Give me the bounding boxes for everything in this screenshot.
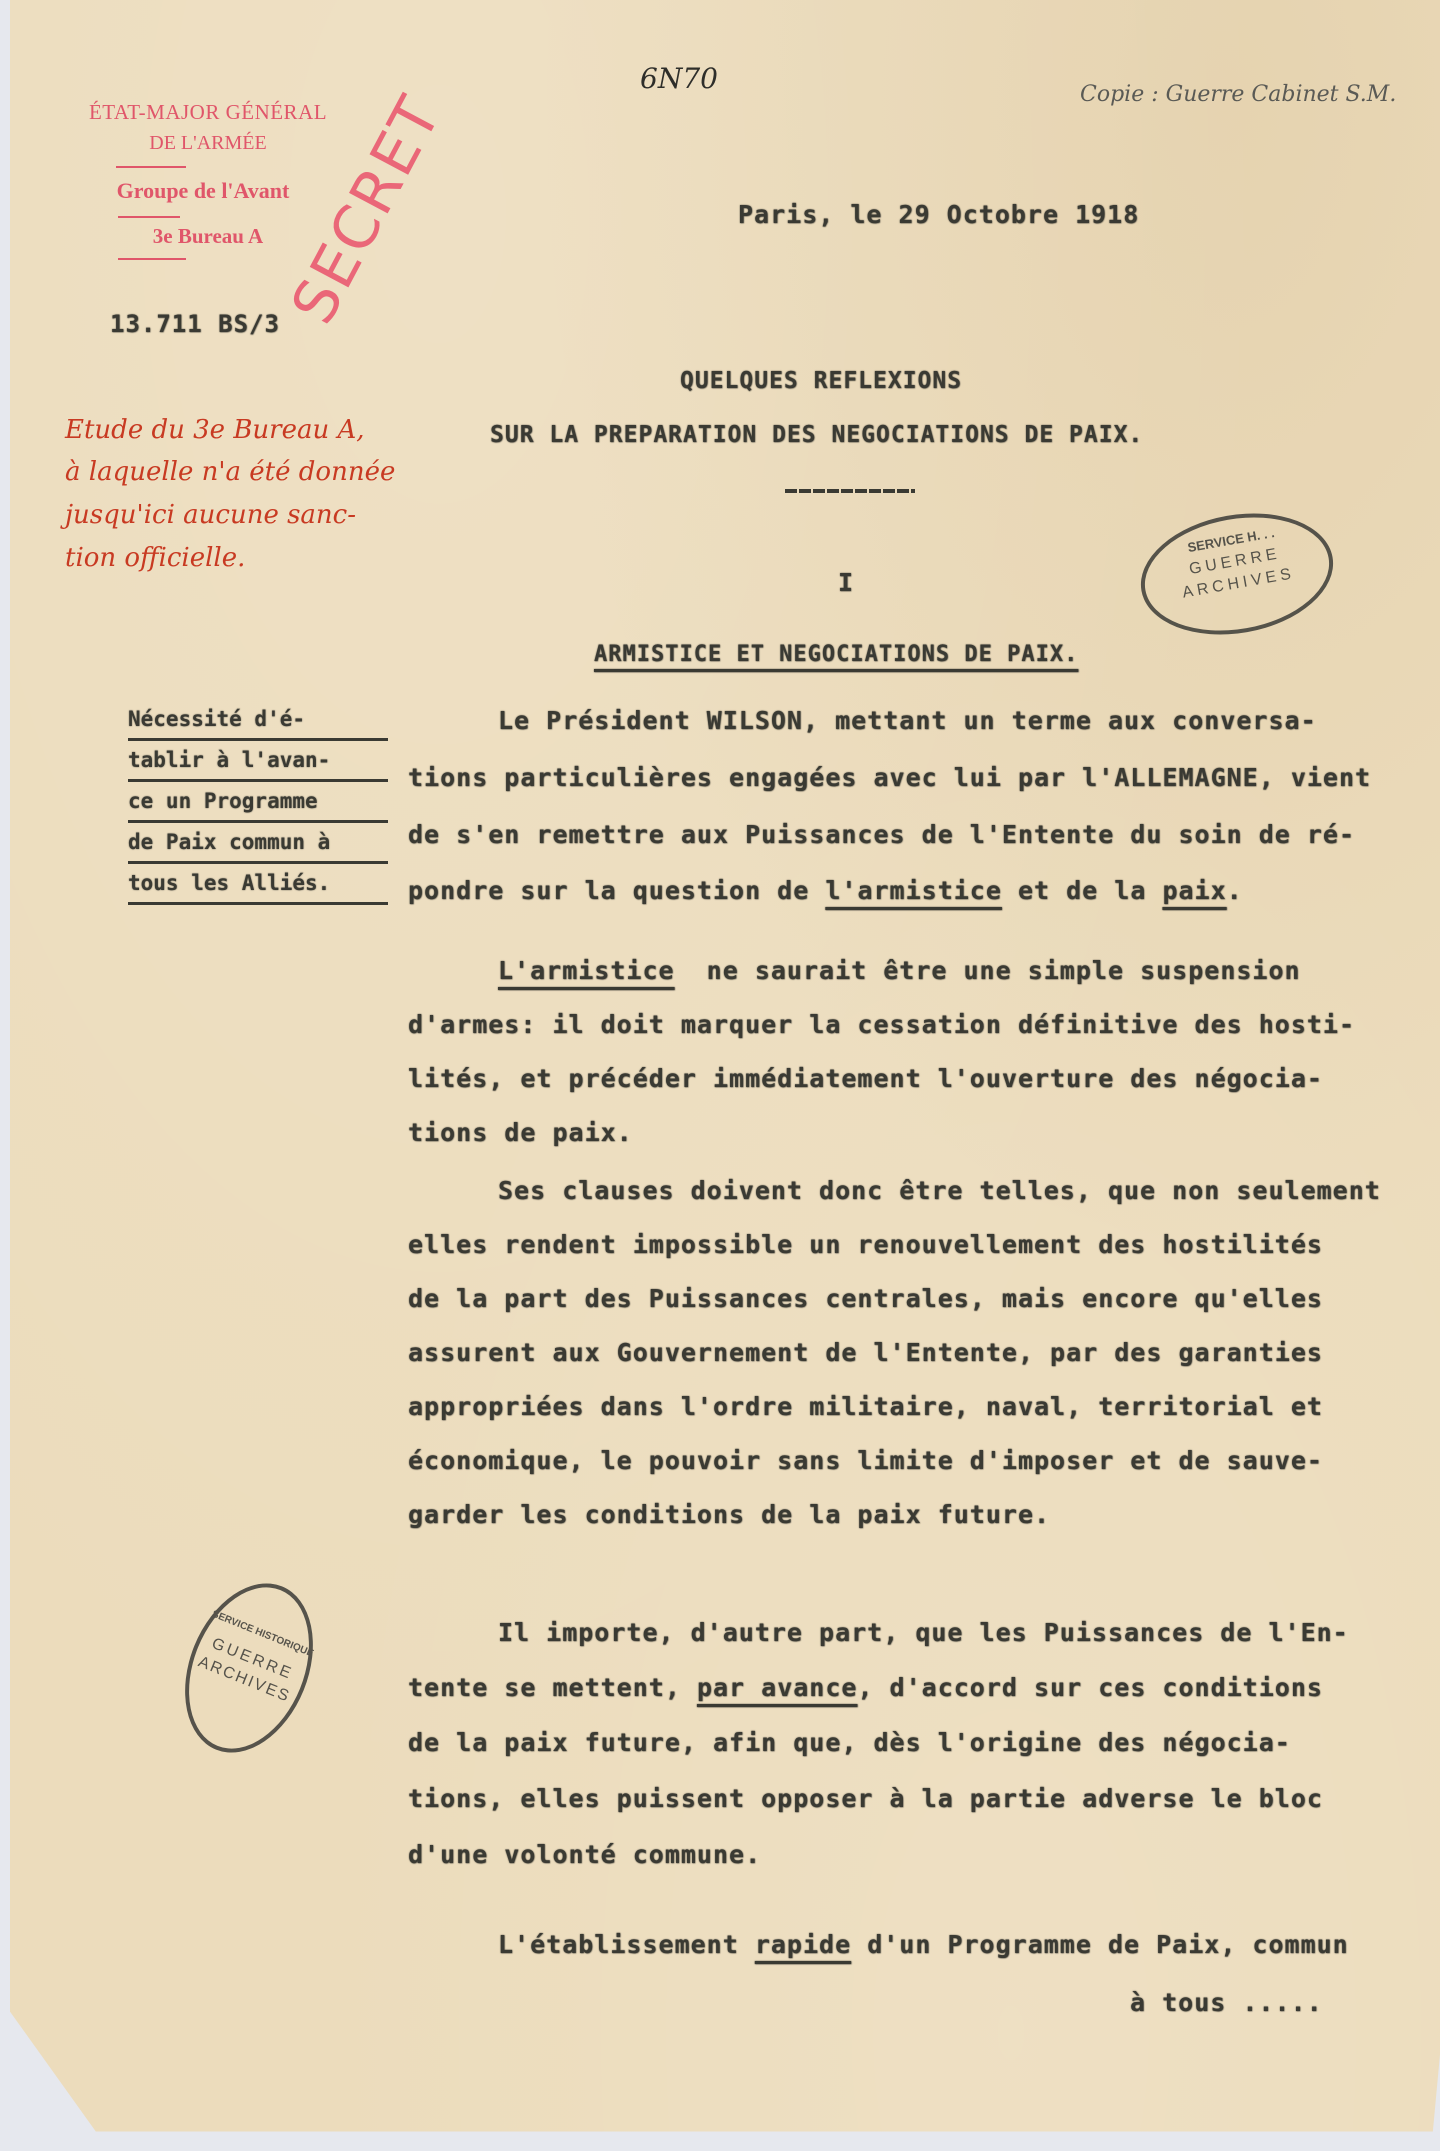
p1-line3: de s'en remettre aux Puissances de l'Ent… [408,820,1355,849]
place-date: Paris, le 29 Octobre 1918 [738,200,1139,229]
header-stamp-line3: Groupe de l'Avant [68,178,338,204]
p4-line2: tente se mettent, par avance, d'accord s… [408,1673,1323,1702]
title-line2: SUR LA PREPARATION DES NEGOCIATIONS DE P… [490,422,1143,448]
reference-number: 13.711 BS/3 [110,310,280,338]
p2-line1: L'armistice ne saurait être une simple s… [498,956,1301,985]
section-title: ARMISTICE ET NEGOCIATIONS DE PAIX. [594,642,1078,667]
document-page: ÉTAT-MAJOR GÉNÉRAL DE L'ARMÉE Groupe de … [10,0,1440,2140]
p2-line2: d'armes: il doit marquer la cessation dé… [408,1010,1355,1039]
p5-line1-text-a: L'établissement [498,1930,755,1959]
copy-annotation: Copie : Guerre Cabinet S.M. [1080,82,1396,107]
p1-line2: tions particulières engagées avec lui pa… [408,763,1371,792]
red-handwritten-note-line3: jusqu'ici aucune sanc- [65,500,356,530]
page-continuation: à tous ..... [1130,1988,1323,2017]
margin-note-line5: tous les Alliés. [128,864,388,905]
margin-note: Nécessité d'é- tablir à l'avan- ce un Pr… [128,700,388,905]
red-handwritten-note-line4: tion officielle. [65,543,245,573]
p4-line4: tions, elles puissent opposer à la parti… [408,1784,1323,1813]
p1-line4: pondre sur la question de l'armistice et… [408,876,1243,905]
p2-line1-text: ne saurait être une simple suspension [675,956,1301,985]
p4-line1: Il importe, d'autre part, que les Puissa… [498,1618,1349,1647]
header-stamp-line4: 3e Bureau A [78,224,338,249]
archive-stamp-top: SERVICE H. . . GUERRE ARCHIVES [1131,499,1343,649]
p3-line2: elles rendent impossible un renouvelleme… [408,1230,1323,1259]
p5-line1-text-b: d'un Programme de Paix, commun [851,1930,1349,1959]
red-handwritten-note-line2: à laquelle n'a été donnée [65,457,395,487]
margin-note-line4: de Paix commun à [128,823,388,864]
margin-note-line2: tablir à l'avan- [128,741,388,782]
p1-underlined-paix: paix [1162,876,1226,905]
p1-underlined-armistice: l'armistice [825,876,1002,905]
header-stamp-line1: ÉTAT-MAJOR GÉNÉRAL [78,100,338,125]
header-stamp-rule1 [116,166,186,168]
title-divider [785,489,915,493]
header-stamp-line2: DE L'ARMÉE [78,132,338,155]
p2-underlined-armistice: L'armistice [498,956,675,985]
p5-line1: L'établissement rapide d'un Programme de… [498,1930,1349,1959]
p1-line4-text-c: . [1227,876,1243,905]
section-number: I [838,568,854,597]
p4-line5: d'une volonté commune. [408,1840,761,1869]
p2-line3: lités, et précéder immédiatement l'ouver… [408,1064,1323,1093]
p3-line4: assurent aux Gouvernement de l'Entente, … [408,1338,1323,1367]
p3-line3: de la part des Puissances centrales, mai… [408,1284,1323,1313]
red-handwritten-note-line1: Etude du 3e Bureau A, [65,415,365,445]
p2-line4: tions de paix. [408,1118,633,1147]
p4-line2-text-b: , d'accord sur ces conditions [857,1673,1323,1702]
title-line1: QUELQUES REFLEXIONS [680,368,962,394]
header-stamp-rule2 [118,216,180,218]
p3-line6: économique, le pouvoir sans limite d'imp… [408,1446,1323,1475]
p3-line7: garder les conditions de la paix future. [408,1500,1050,1529]
p1-line4-text-a: pondre sur la question de [408,876,825,905]
p4-line2-text-a: tente se mettent, [408,1673,697,1702]
p3-line1: Ses clauses doivent donc être telles, qu… [498,1176,1381,1205]
p4-line3: de la paix future, afin que, dès l'origi… [408,1728,1291,1757]
archive-stamp-bottom: SERVICE HISTORIQUE GUERRE ARCHIVES [161,1564,336,1771]
p1-line4-text-b: et de la [1002,876,1163,905]
archive-number-annotation: 6N70 [640,62,718,95]
margin-note-line3: ce un Programme [128,782,388,823]
p5-underlined-rapide: rapide [755,1930,851,1959]
p4-underlined-par-avance: par avance [697,1673,858,1702]
p3-line5: appropriées dans l'ordre militaire, nava… [408,1392,1323,1421]
header-stamp-rule3 [118,258,186,260]
margin-note-line1: Nécessité d'é- [128,700,388,741]
p1-line1: Le Président WILSON, mettant un terme au… [498,706,1317,735]
